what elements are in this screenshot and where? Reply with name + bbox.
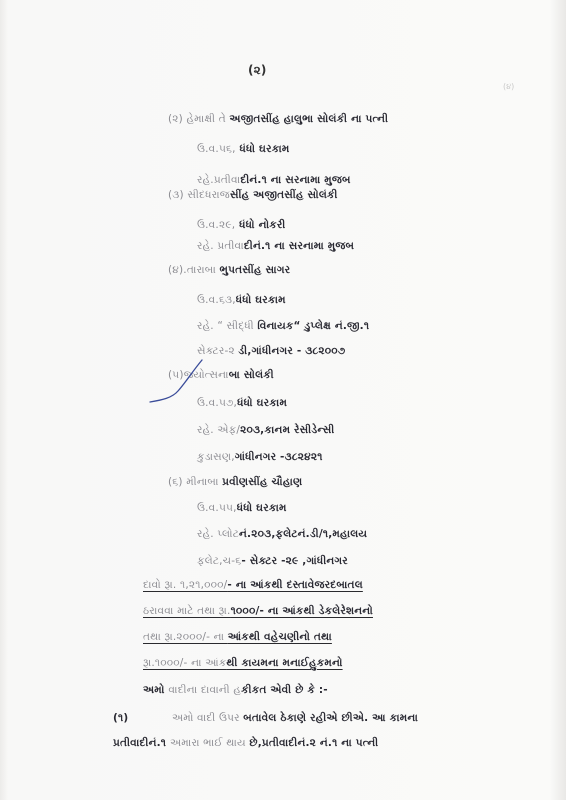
paragraph-1-number: (૧) <box>113 712 128 725</box>
defendant-4-address-line-2: સેક્ટર-૨ ડી,ગાંધીનગર - ૩૮૨૦૦૭ <box>197 345 345 358</box>
defendant-6-name: (૬) મીનાબા પ્રવીણસીંહ ચૌહાણ <box>168 476 302 489</box>
defendant-3-name: (૩) સીદધરાજસીંહ અજીતસીંહ સોલંકી <box>168 189 338 202</box>
claim-line-2: ઠરાવવા માટે તથા રૂા.૧૦૦૦/- ના આંકથી ડેકલ… <box>143 605 373 618</box>
document-page: (૪) (૨) (૨) હેમાક્ષી તે અજીતસીંહ હાલુભા … <box>0 0 566 800</box>
defendant-6-address-line-2: ફલેટ,ચ-૬- સેક્ટર -૨૯ ,ગાંધીનગર <box>197 555 348 568</box>
defendant-4-age-occupation: ઉ.વ.૬૩,ધંધો ઘરકામ <box>197 294 286 307</box>
defendant-2-name: (૨) હેમાક્ષી તે અજીતસીંહ હાલુભા સોલંકી ન… <box>168 113 388 126</box>
paragraph-1-line-1: અમો વાદી ઉપર બતાવેલ ઠેકાણે રહીએ છીએ. આ ક… <box>172 712 418 725</box>
claim-line-3: તથા રૂા.૨૦૦૦/- ના આંકથી વહેચણીનો તથા <box>143 631 332 644</box>
defendant-2-address: રહે.પ્રતીવાદીનં.૧ ના સરનામા મુજબ <box>197 174 351 187</box>
defendant-6-age-occupation: ઉ.વ.૫૫,ધંધો ઘરકામ <box>197 502 287 515</box>
defendant-2-age-occupation: ઉ.વ.૫૬, ધંધો ઘરકામ <box>197 143 290 156</box>
defendant-4-address-line-1: રહે. “ સીદ્ધી વિનાયક“ ડુપ્લેક્ષ નં.જી.૧ <box>197 320 369 333</box>
claim-line-1: દાવો રૂા. ૧,૨૧,૦૦૦/- ના આંકથી દસ્તાવેજરદ… <box>143 579 363 592</box>
defendant-5-address-line-1: રહે. એફ/૨૦૩,કાનમ રેસીડેન્સી <box>197 424 335 437</box>
defendant-5-address-line-2: કુડાસણ,ગાંધીનગર -૩૮૨૪૨૧ <box>197 451 323 464</box>
corner-page-mark: (૪) <box>503 82 514 92</box>
paragraph-1-line-2: પ્રતીવાદીનં.૧ અમારા ભાઈ થાય છે,પ્રતીવાદી… <box>113 737 378 750</box>
pen-stroke-mark <box>148 358 218 408</box>
defendant-3-address: રહે. પ્રતીવાદીનં.૧ ના સરનામા મુજબ <box>197 240 354 253</box>
claim-line-4: રૂા.૧૦૦૦/- ના આંકથી કાયમના મનાઈહુકમનો <box>143 657 343 670</box>
defendant-6-address-line-1: રહે. પ્લોટનં.૨૦૩,ફલેટનં.ડી/૧,મહાલય <box>197 528 367 541</box>
defendant-4-name: (૪).તારાબા ભુપતસીંહ સાગર <box>168 264 290 277</box>
defendant-3-age-occupation: ઉ.વ.૨૯, ધંધો નોકરી <box>197 219 286 232</box>
facts-heading: અમો વાદીના દાવાની હકીકત એવી છે કે :- <box>143 684 328 697</box>
page-number: (૨) <box>248 63 267 78</box>
